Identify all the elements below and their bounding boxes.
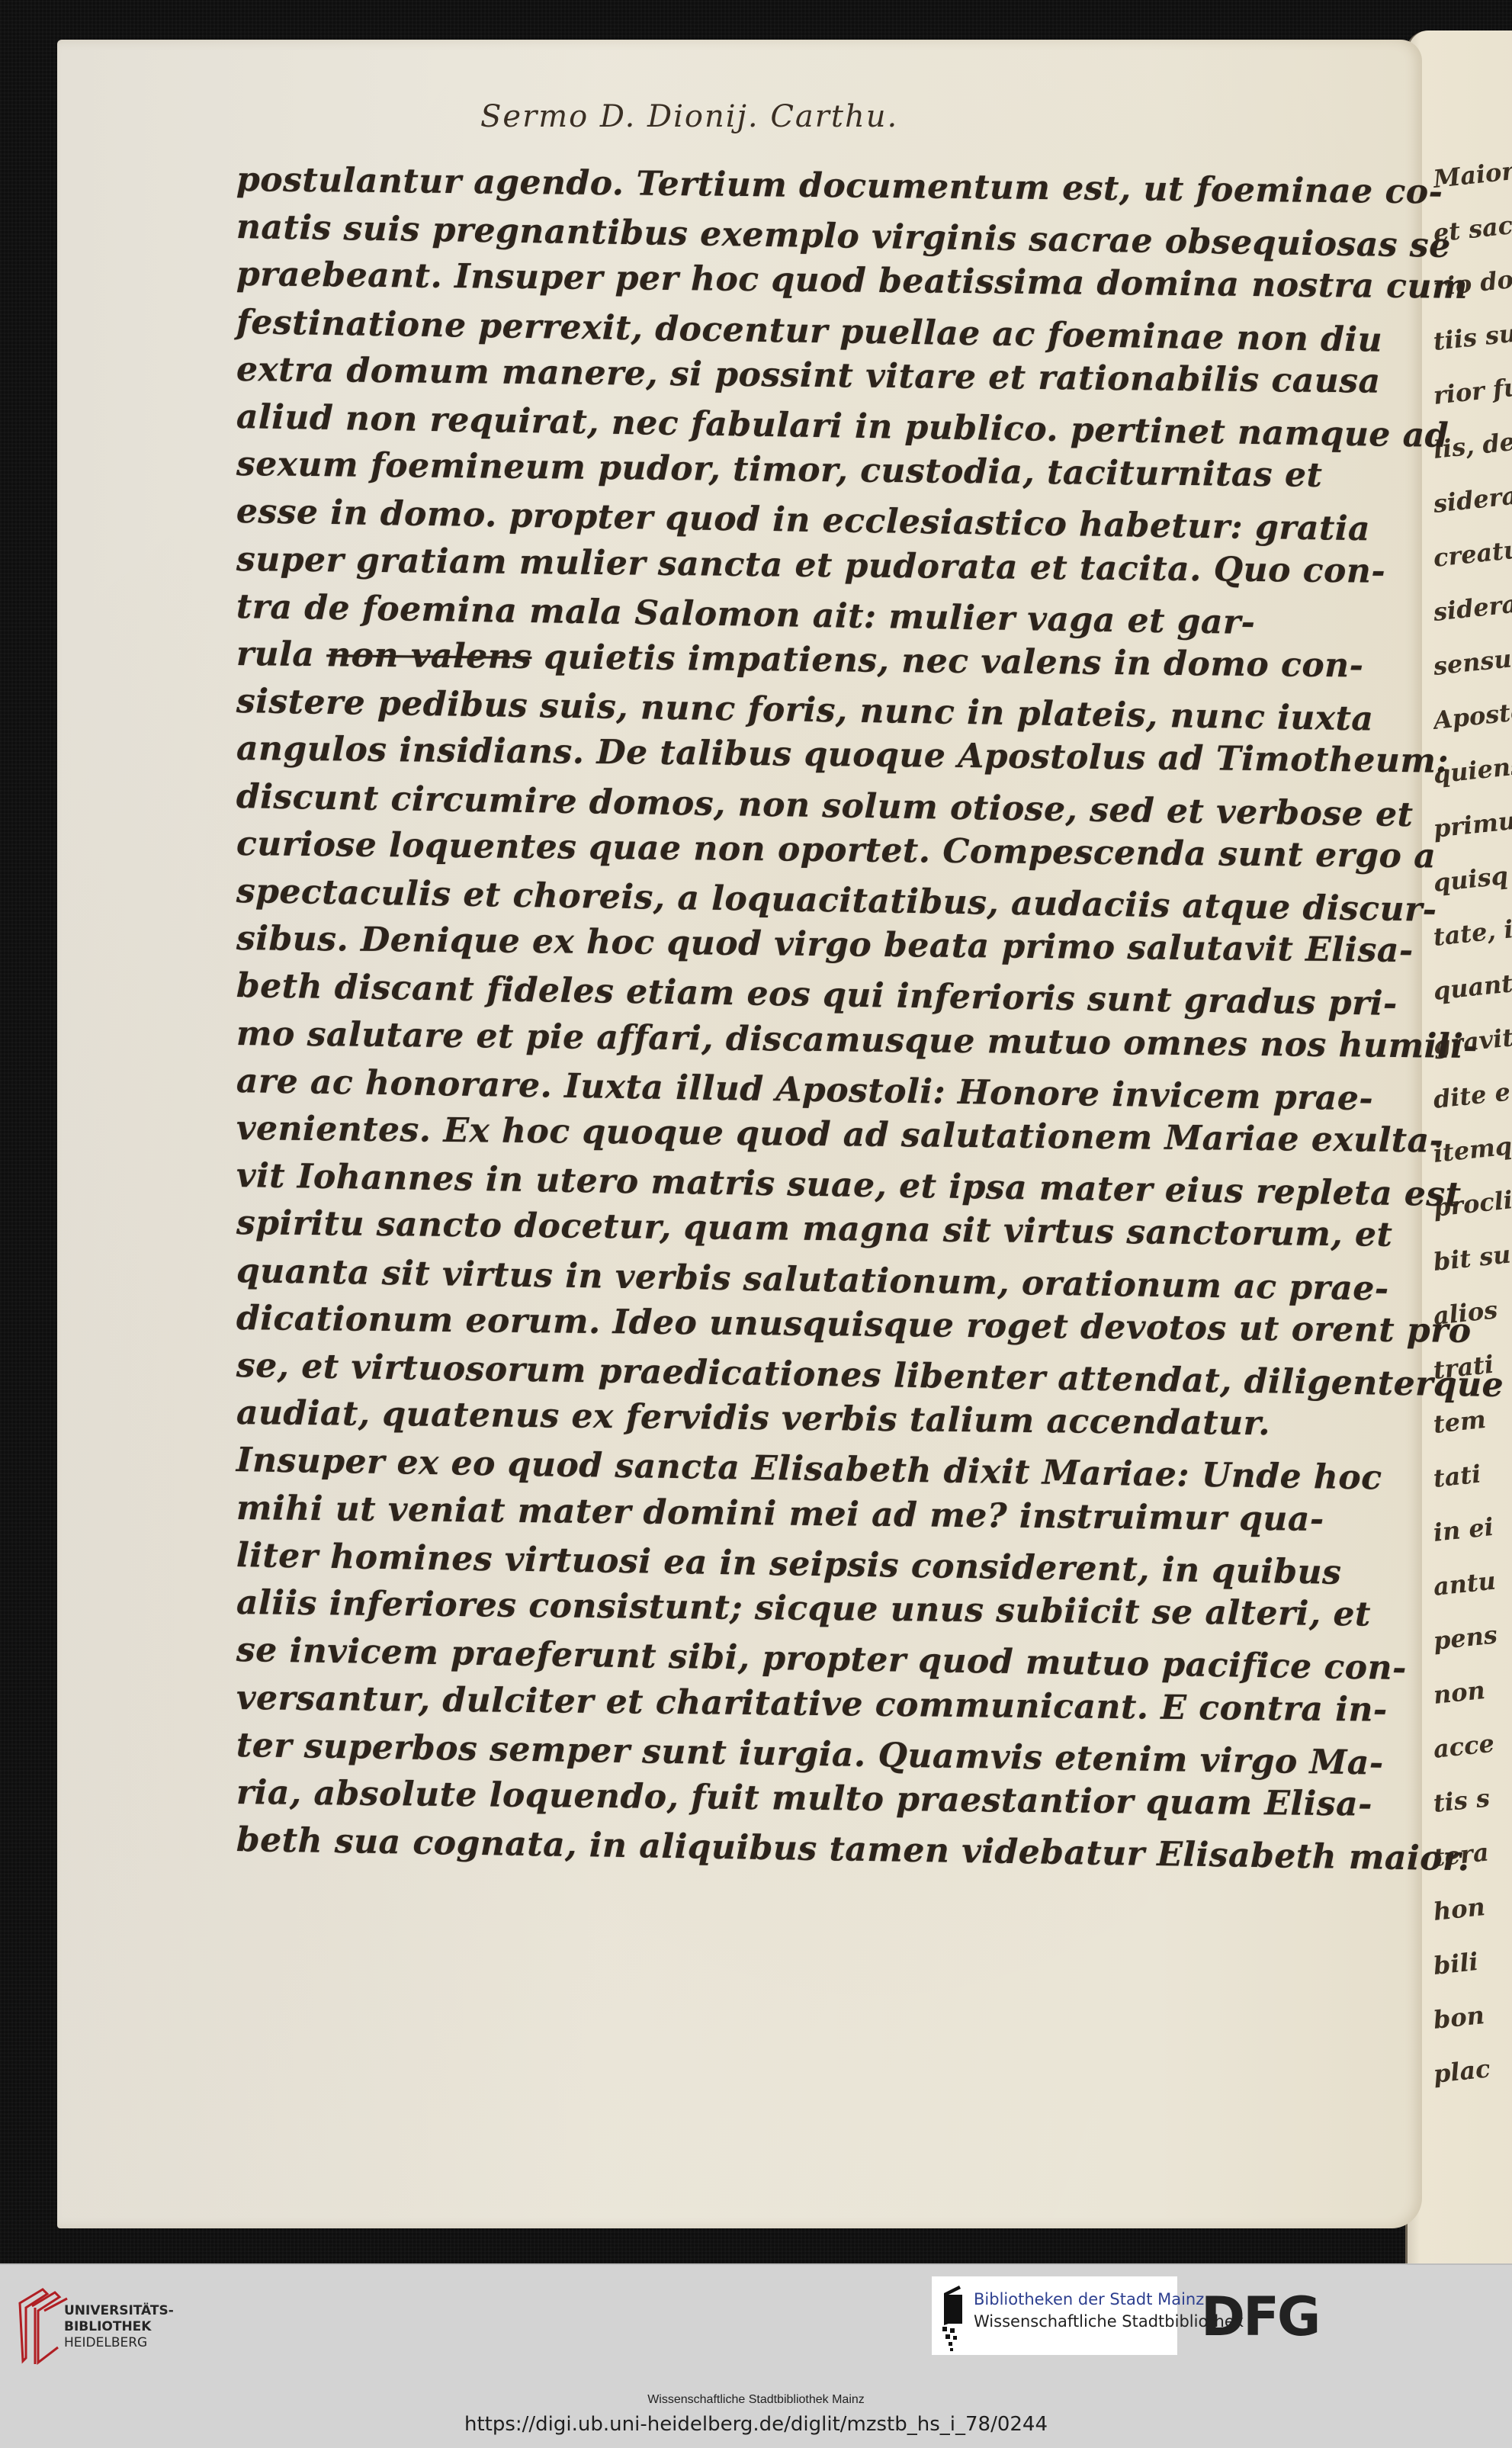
dfg-logo: DFG xyxy=(1201,2290,1300,2344)
facing-page-line: sensum xyxy=(1433,631,1512,694)
facing-page-line: plac xyxy=(1433,2039,1512,2102)
facing-page-line: bit su xyxy=(1433,1227,1512,1290)
running-head: Sermo D. Dionij. Carthu. xyxy=(480,99,898,134)
ub-heidelberg-wordmark: UNIVERSITÄTS- BIBLIOTHEK HEIDELBERG xyxy=(64,2303,174,2351)
facing-page-line: quanti xyxy=(1433,956,1512,1019)
facing-page-line: siderati xyxy=(1433,469,1512,532)
mainz-library-logo: Bibliotheken der Stadt Mainz Wissenschaf… xyxy=(932,2276,1177,2355)
facing-page-line: quisq xyxy=(1433,848,1512,911)
struck-text: non valens xyxy=(326,635,532,676)
facing-page-line: Apostol xyxy=(1433,686,1512,748)
facing-page-line: hon xyxy=(1433,1877,1512,1939)
facing-page-line: primu xyxy=(1433,794,1512,856)
facing-page-line: Maior vi xyxy=(1433,153,1512,207)
library-name: Wissenschaftliche Stadtbibliothek Mainz xyxy=(0,2393,1512,2407)
facing-page-line: in ei xyxy=(1433,1498,1512,1560)
facing-page-line: dite e xyxy=(1433,1065,1512,1127)
facing-page-line: tati xyxy=(1433,1444,1512,1506)
facing-page-line: tiis suis xyxy=(1433,307,1512,369)
facing-page-line: tis s xyxy=(1433,1769,1512,1831)
facing-page-line: pens xyxy=(1433,1606,1512,1669)
facing-page-line: tate, i xyxy=(1433,902,1512,965)
facing-page-line: acce xyxy=(1433,1714,1512,1777)
facing-page-line: rior fu xyxy=(1433,361,1512,423)
scan-image: Maior viet sacerrio dostiis suisrior ful… xyxy=(0,0,1512,2263)
facing-page-line: siderati xyxy=(1433,577,1512,640)
facing-page-line: non xyxy=(1433,1660,1512,1723)
book-pixel-icon xyxy=(938,2286,968,2351)
facing-page-line: bili xyxy=(1433,1931,1512,1993)
manuscript-text: postulantur agendo. Tertium documentum e… xyxy=(236,156,1395,1864)
permalink-url[interactable]: https://digi.ub.uni-heidelberg.de/diglit… xyxy=(0,2413,1512,2436)
facing-page-line: itemq xyxy=(1433,1119,1512,1181)
facing-page-line: creatu xyxy=(1433,523,1512,586)
facing-page-line: antu xyxy=(1433,1552,1512,1614)
facing-page-line: bon xyxy=(1433,1985,1512,2048)
